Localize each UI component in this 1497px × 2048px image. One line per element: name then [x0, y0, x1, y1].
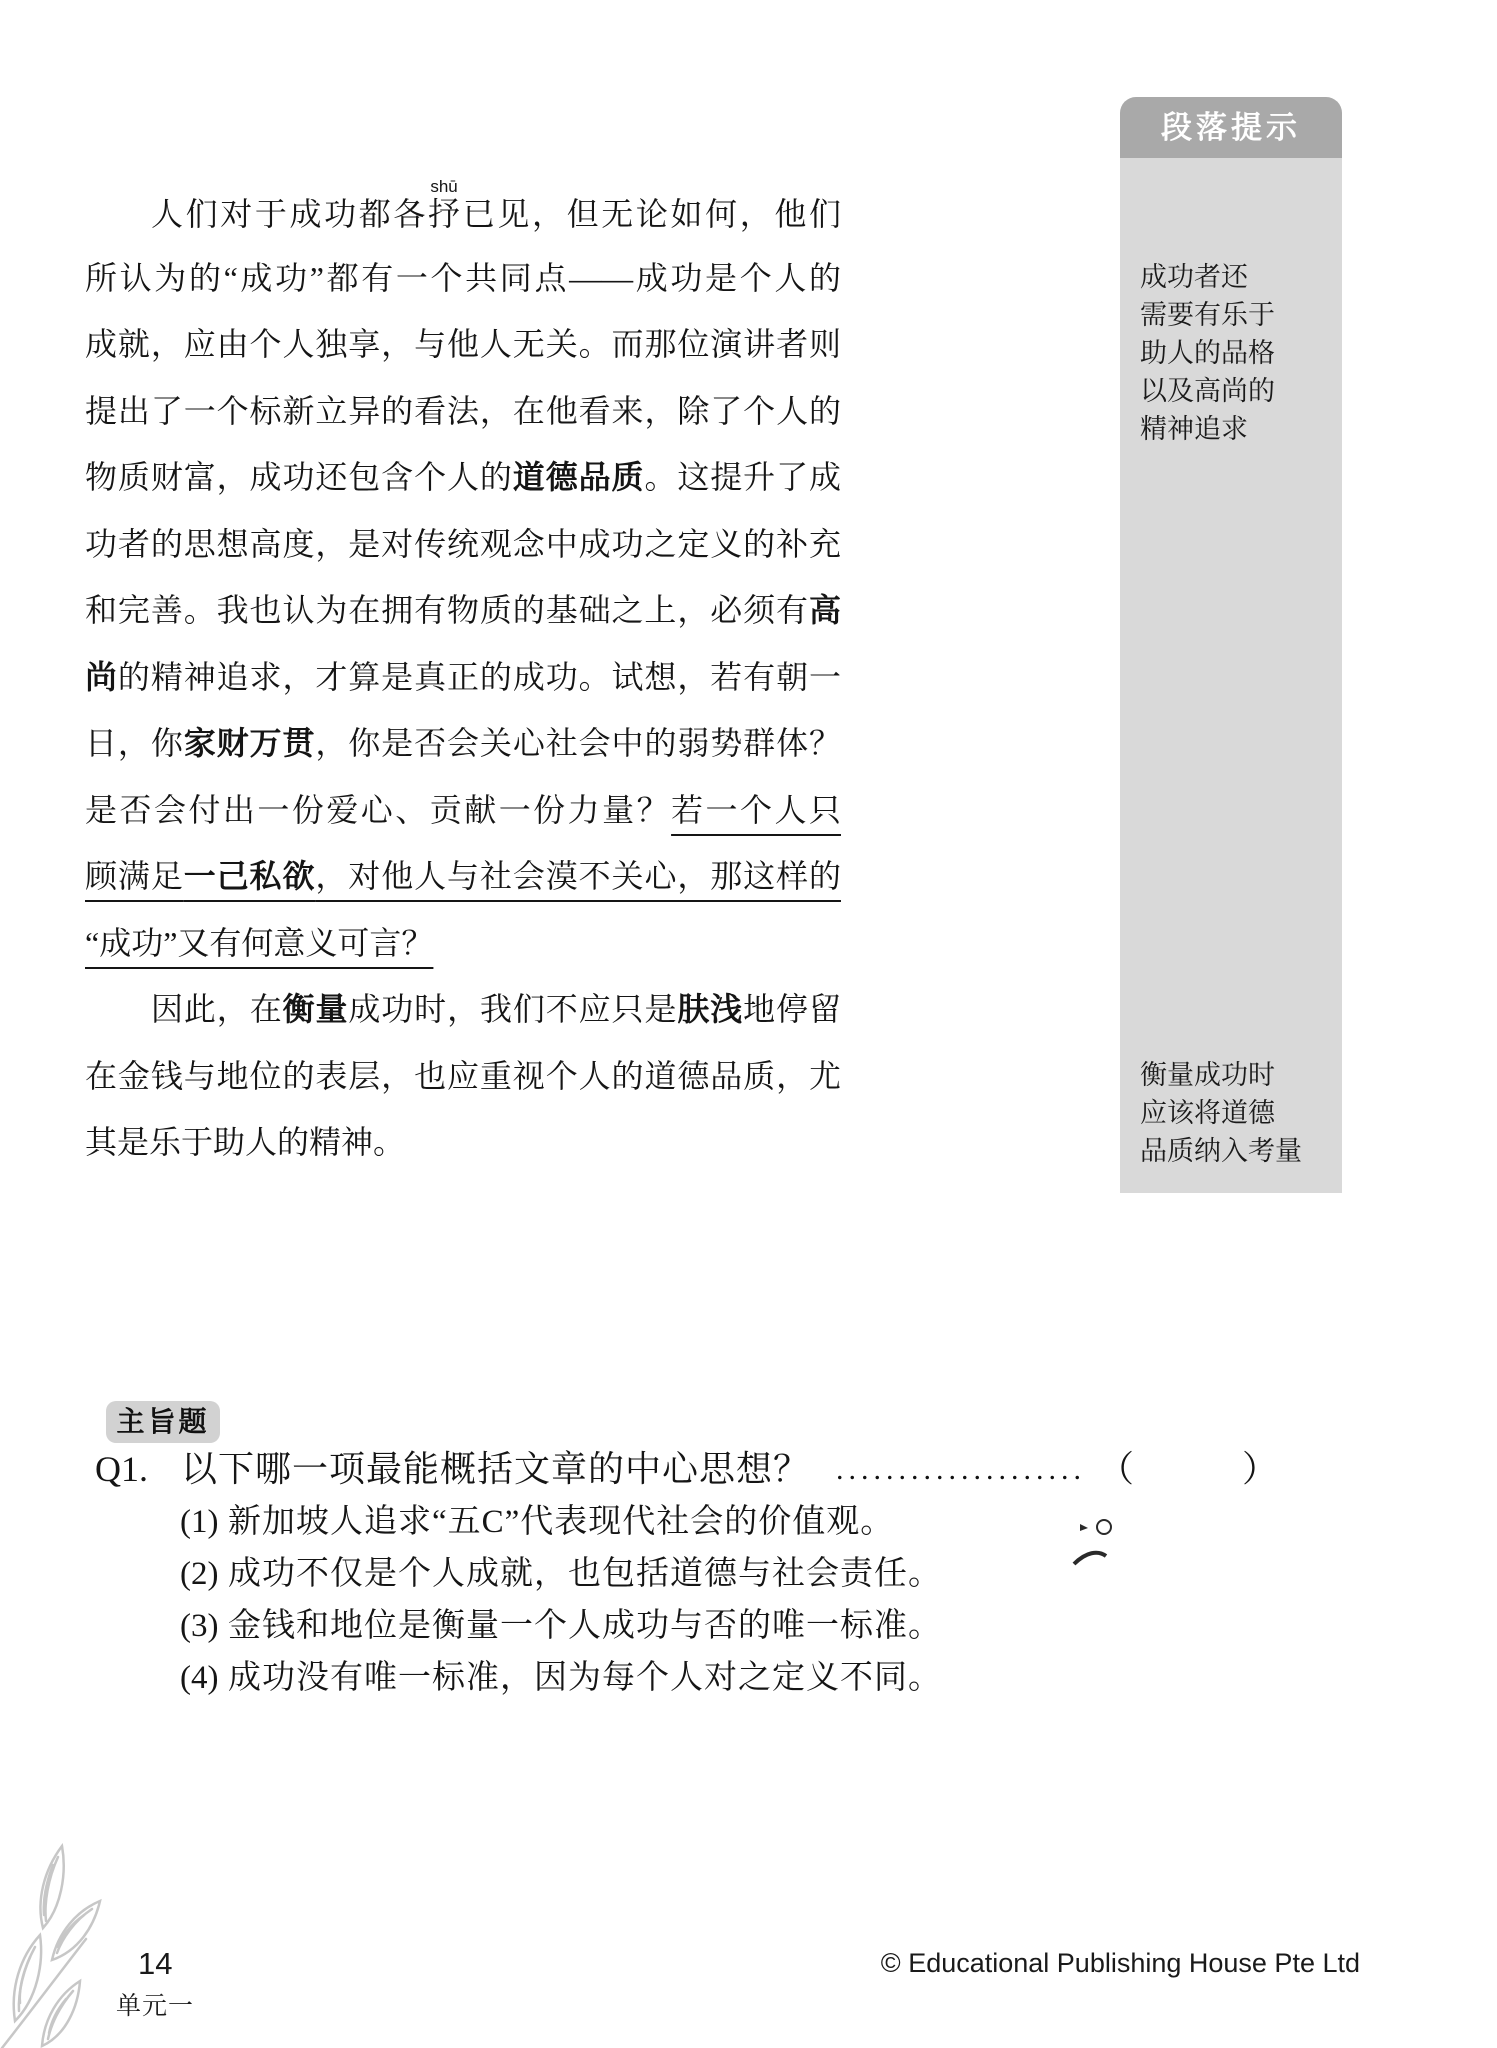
passage-segment: 已见，但无论如何，他们 — [463, 196, 841, 232]
passage-segment: 所认为的“成功”都有一个共同点——成功是个人的 — [85, 260, 841, 296]
passage-line: “成功”又有何意义可言？ — [85, 910, 841, 977]
question-1-text: 以下哪一项最能概括文章的中心思想？ — [181, 1449, 810, 1489]
option-text: 成功不仅是个人成就，也包括道德与社会责任。 — [228, 1556, 942, 1592]
option-text: 新加坡人追求“五C”代表现代社会的价值观。 — [228, 1504, 894, 1540]
passage-line: 因此，在衡量成功时，我们不应只是肤浅地停留 — [85, 976, 841, 1043]
passage-segment: 和完善。我也认为在拥有物质的基础之上，必须有 — [85, 592, 809, 628]
option-number: (3) — [180, 1600, 228, 1652]
passage-segment: 肤浅 — [677, 991, 743, 1027]
passage-segment: 地停留 — [743, 991, 841, 1027]
passage-line: 功者的思想高度，是对传统观念中成功之定义的补充 — [85, 511, 841, 578]
option-number: (1) — [180, 1496, 228, 1548]
paragraph-hint-sidebar: 段落提示 成功者还 需要有乐于 助人的品格 以及高尚的 精神追求 衡量成功时 应… — [1120, 97, 1342, 1193]
passage-segment: 一己私欲 — [184, 858, 316, 894]
option-number: (2) — [180, 1548, 228, 1600]
option-text: 成功没有唯一标准，因为每个人对之定义不同。 — [228, 1660, 942, 1696]
passage-line: 物质财富，成功还包含个人的道德品质。这提升了成 — [85, 444, 841, 511]
passage-segment: 道德品质 — [513, 459, 645, 495]
passage-line: 尚的精神追求，才算是真正的成功。试想，若有朝一 — [85, 644, 841, 711]
question-1: Q1.以下哪一项最能概括文章的中心思想？....................… — [95, 1447, 1345, 1492]
passage-line: 其是乐于助人的精神。 — [85, 1109, 841, 1176]
option-row: (3)金钱和地位是衡量一个人成功与否的唯一标准。 — [180, 1600, 1180, 1652]
question-type-badge: 主旨题 — [106, 1401, 220, 1443]
passage-line: 人们对于成功都各抒shū已见，但无论如何，他们 — [85, 178, 841, 245]
passage-line: 是否会付出一份爱心、贡献一份力量？若一个人只 — [85, 777, 841, 844]
passage-segment: 顾满足 — [85, 858, 184, 894]
passage-segment: 因此，在 — [151, 991, 283, 1027]
passage-segment: 物质财富，成功还包含个人的 — [85, 459, 513, 495]
passage-segment: 是否会付出一份爱心、贡献一份力量？ — [85, 792, 671, 828]
sidebar-title: 段落提示 — [1120, 97, 1342, 158]
question-1-options: (1)新加坡人追求“五C”代表现代社会的价值观。 (2)成功不仅是个人成就，也包… — [180, 1496, 1180, 1704]
passage-line: 提出了一个标新立异的看法，在他看来，除了个人的 — [85, 378, 841, 445]
sidebar-note-1: 成功者还 需要有乐于 助人的品格 以及高尚的 精神追求 — [1140, 258, 1330, 448]
option-row: (1)新加坡人追求“五C”代表现代社会的价值观。 — [180, 1496, 1180, 1548]
option-row: (4)成功没有唯一标准，因为每个人对之定义不同。 — [180, 1652, 1180, 1704]
passage-line: 日，你家财万贯，你是否会关心社会中的弱势群体？ — [85, 710, 841, 777]
pinyin-ruby: 抒shū — [428, 196, 463, 232]
passage-segment: 人们对于成功都各 — [151, 196, 428, 232]
passage-segment: 提出了一个标新立异的看法，在他看来，除了个人的 — [85, 393, 841, 429]
passage-segment: 衡量 — [283, 991, 349, 1027]
passage-segment: 成功时，我们不应只是 — [348, 991, 677, 1027]
option-number: (4) — [180, 1652, 228, 1704]
passage-segment: ，对他人与社会漠不关心，那这样的 — [315, 858, 841, 894]
passage-line: 顾满足一己私欲，对他人与社会漠不关心，那这样的 — [85, 843, 841, 910]
pencil-mark — [1072, 1512, 1162, 1572]
passage-segment: 尚 — [85, 659, 118, 695]
page-number: 14 — [138, 1946, 172, 1982]
unit-label: 单元一 — [116, 1986, 194, 2022]
passage-line: 成就，应由个人独享，与他人无关。而那位演讲者则 — [85, 311, 841, 378]
passage-segment: 的精神追求，才算是真正的成功。试想，若有朝一 — [118, 659, 841, 695]
question-1-dotted-leader: .................... — [836, 1448, 1086, 1492]
passage-line: 在金钱与地位的表层，也应重视个人的道德品质，尤 — [85, 1043, 841, 1110]
passage-segment: 家财万贯 — [184, 725, 316, 761]
passage-segment: 日，你 — [85, 725, 184, 761]
passage-segment: 功者的思想高度，是对传统观念中成功之定义的补充 — [85, 526, 841, 562]
passage-segment: 其是乐于助人的精神。 — [85, 1124, 405, 1160]
option-text: 金钱和地位是衡量一个人成功与否的唯一标准。 — [228, 1608, 942, 1644]
sidebar-note-2: 衡量成功时 应该将道德 品质纳入考量 — [1140, 1056, 1330, 1170]
passage-segment: 成就，应由个人独享，与他人无关。而那位演讲者则 — [85, 326, 841, 362]
passage: 人们对于成功都各抒shū已见，但无论如何，他们所认为的“成功”都有一个共同点——… — [85, 178, 841, 1176]
passage-segment: 在金钱与地位的表层，也应重视个人的道德品质，尤 — [85, 1058, 841, 1094]
leaf-decoration-icon — [0, 1843, 122, 2048]
passage-segment: 若一个人只 — [671, 792, 841, 828]
passage-segment: 高 — [809, 592, 841, 628]
passage-segment: ，你是否会关心社会中的弱势群体？ — [315, 725, 841, 761]
sidebar-body: 成功者还 需要有乐于 助人的品格 以及高尚的 精神追求 衡量成功时 应该将道德 … — [1120, 158, 1342, 1193]
option-row: (2)成功不仅是个人成就，也包括道德与社会责任。 — [180, 1548, 1180, 1600]
question-1-label: Q1. — [95, 1447, 181, 1491]
passage-line: 和完善。我也认为在拥有物质的基础之上，必须有高 — [85, 577, 841, 644]
passage-segment: “成功”又有何意义可言？ — [85, 925, 433, 961]
passage-line: 所认为的“成功”都有一个共同点——成功是个人的 — [85, 245, 841, 312]
passage-segment: 。这提升了成 — [644, 459, 841, 495]
copyright-text: © Educational Publishing House Pte Ltd — [881, 1948, 1360, 1979]
question-1-answer-bracket: （ ） — [1098, 1447, 1278, 1491]
